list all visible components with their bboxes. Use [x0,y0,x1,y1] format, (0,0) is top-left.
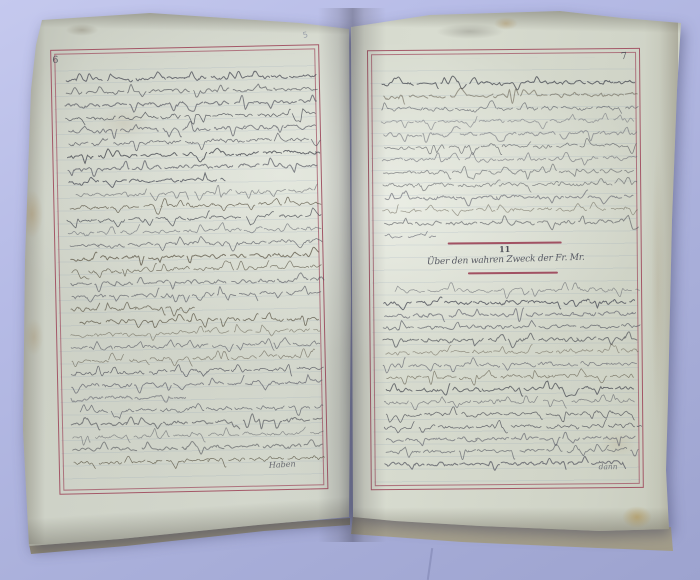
right-page-content: 11 Über den wahren Zweck der Fr. Mr. 7 d… [0,0,700,580]
right-page-number: 7 [621,51,628,62]
manuscript-photo: 6 5 Haben 11 Über den wahren Zweck d [0,0,700,580]
right-page: 11 Über den wahren Zweck der Fr. Mr. 7 d… [0,0,700,580]
right-page-frame-inner [371,52,640,486]
right-page-wrap: 11 Über den wahren Zweck der Fr. Mr. 7 d… [0,0,700,580]
right-page-catchword: dann [599,462,618,471]
